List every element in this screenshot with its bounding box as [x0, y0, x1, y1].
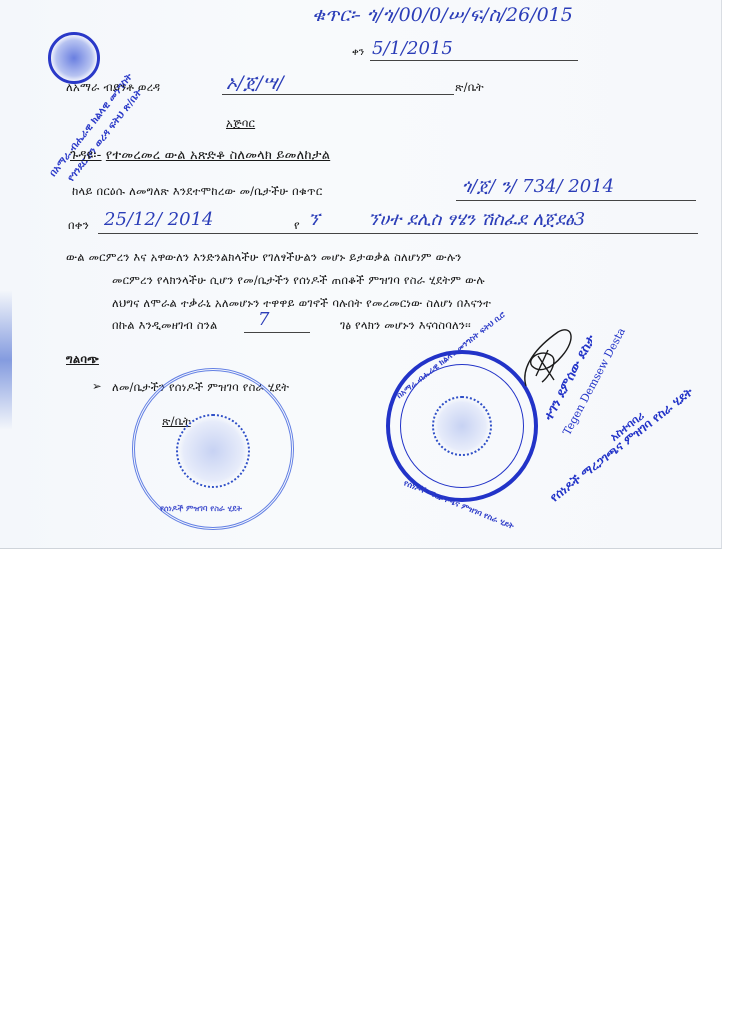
- body-line-2-hw-a: ኘ: [308, 209, 320, 230]
- seal-emblem-bottom-left: [176, 414, 250, 488]
- page-count: 7: [258, 309, 269, 330]
- signature-title-1: የሰነዶች ማረጋገጫና ምዝገባ የስራ ሂደት: [547, 385, 696, 506]
- recipient-label: ለአማራ ብይንቶ ወረዳ: [66, 80, 160, 95]
- body-line-6b: ገፅ የላክን መሆኑን እናሳስባለን፡፡: [340, 318, 471, 333]
- page-count-underline: [244, 332, 310, 333]
- body-line-2-hw-b: ኘሀተ ደሊስ ፃሄን ሽስፈደ ለጀደፅ3: [368, 209, 585, 230]
- date-value: 5/1/2015: [372, 38, 453, 59]
- recipient-underline: [222, 94, 454, 95]
- subject-text: የተመረመረ ውል አጽድቆ ስለመላክ ይመለከታል: [106, 148, 330, 163]
- recipient-office: ጽ/ቤት: [455, 80, 484, 95]
- recipient-name: ኦ/ጀ/ሣ/: [226, 72, 284, 94]
- date-underline: [370, 60, 578, 61]
- date-label: ቀን: [352, 47, 364, 58]
- body-line-2-mid: የ: [294, 218, 300, 233]
- cc-bullet: ➢: [92, 379, 102, 393]
- reference-value: ጎ/ጎ/00/0/ሠ/ፍ/ስ/26/015: [367, 4, 573, 26]
- reference-label: ቁጥር፡-: [312, 4, 361, 26]
- body-line-1-underline: [456, 200, 696, 201]
- body-line-1: ከላይ በርዕሱ ለመግለጽ እንደተሞከረው መ/ቤታችሁ በቁጥር: [72, 184, 322, 199]
- scanned-letter: ቁጥር፡- ጎ/ጎ/00/0/ሠ/ፍ/ስ/26/015 ቀን 5/1/2015 …: [0, 0, 722, 549]
- body-line-5: ለህግና ለሞራል ተቃራኒ አለመሆኑን ተዋዋይ ወገኖች ባሉበት የመረ…: [112, 296, 491, 311]
- subject-label: ጉዳዩ፡-: [70, 148, 102, 163]
- body-line-1-reference: ጎ/ጀ/ ን/ 734/ 2014: [462, 176, 614, 197]
- body-line-2-underline: [98, 233, 698, 234]
- body-line-4: መርምረን የላክንላችሁ ሲሆን የመ/ቤታችን የሰነዶች ጠበቆች ምዝገ…: [112, 273, 485, 288]
- body-line-2-date: 25/12/ 2014: [104, 209, 213, 230]
- stamp-text-bottom-left: የሰነዶች ምዝገባ የስራ ሂደት: [160, 504, 242, 514]
- body-line-2-label: በቀን: [68, 218, 89, 233]
- subject: ጉዳዩ፡- የተመረመረ ውል አጽድቆ ስለመላክ ይመለከታል: [70, 148, 330, 163]
- cc-label: ግልባጭ: [66, 352, 99, 367]
- left-edge-ink-smear: [0, 290, 12, 430]
- reference-number: ቁጥር፡- ጎ/ጎ/00/0/ሠ/ፍ/ስ/26/015: [312, 4, 573, 26]
- seal-emblem-bottom-right: [432, 396, 492, 456]
- address-line: አጅባር: [226, 116, 255, 131]
- seal-emblem-top-left: [48, 32, 100, 84]
- body-line-6a: በኩል እንዲመዘገብ ስንል: [112, 318, 217, 333]
- body-line-3: ውል መርምረን እና አዋውለን እንድንልክላችሁ የገለፃችሁልን መሆኑ…: [66, 250, 461, 265]
